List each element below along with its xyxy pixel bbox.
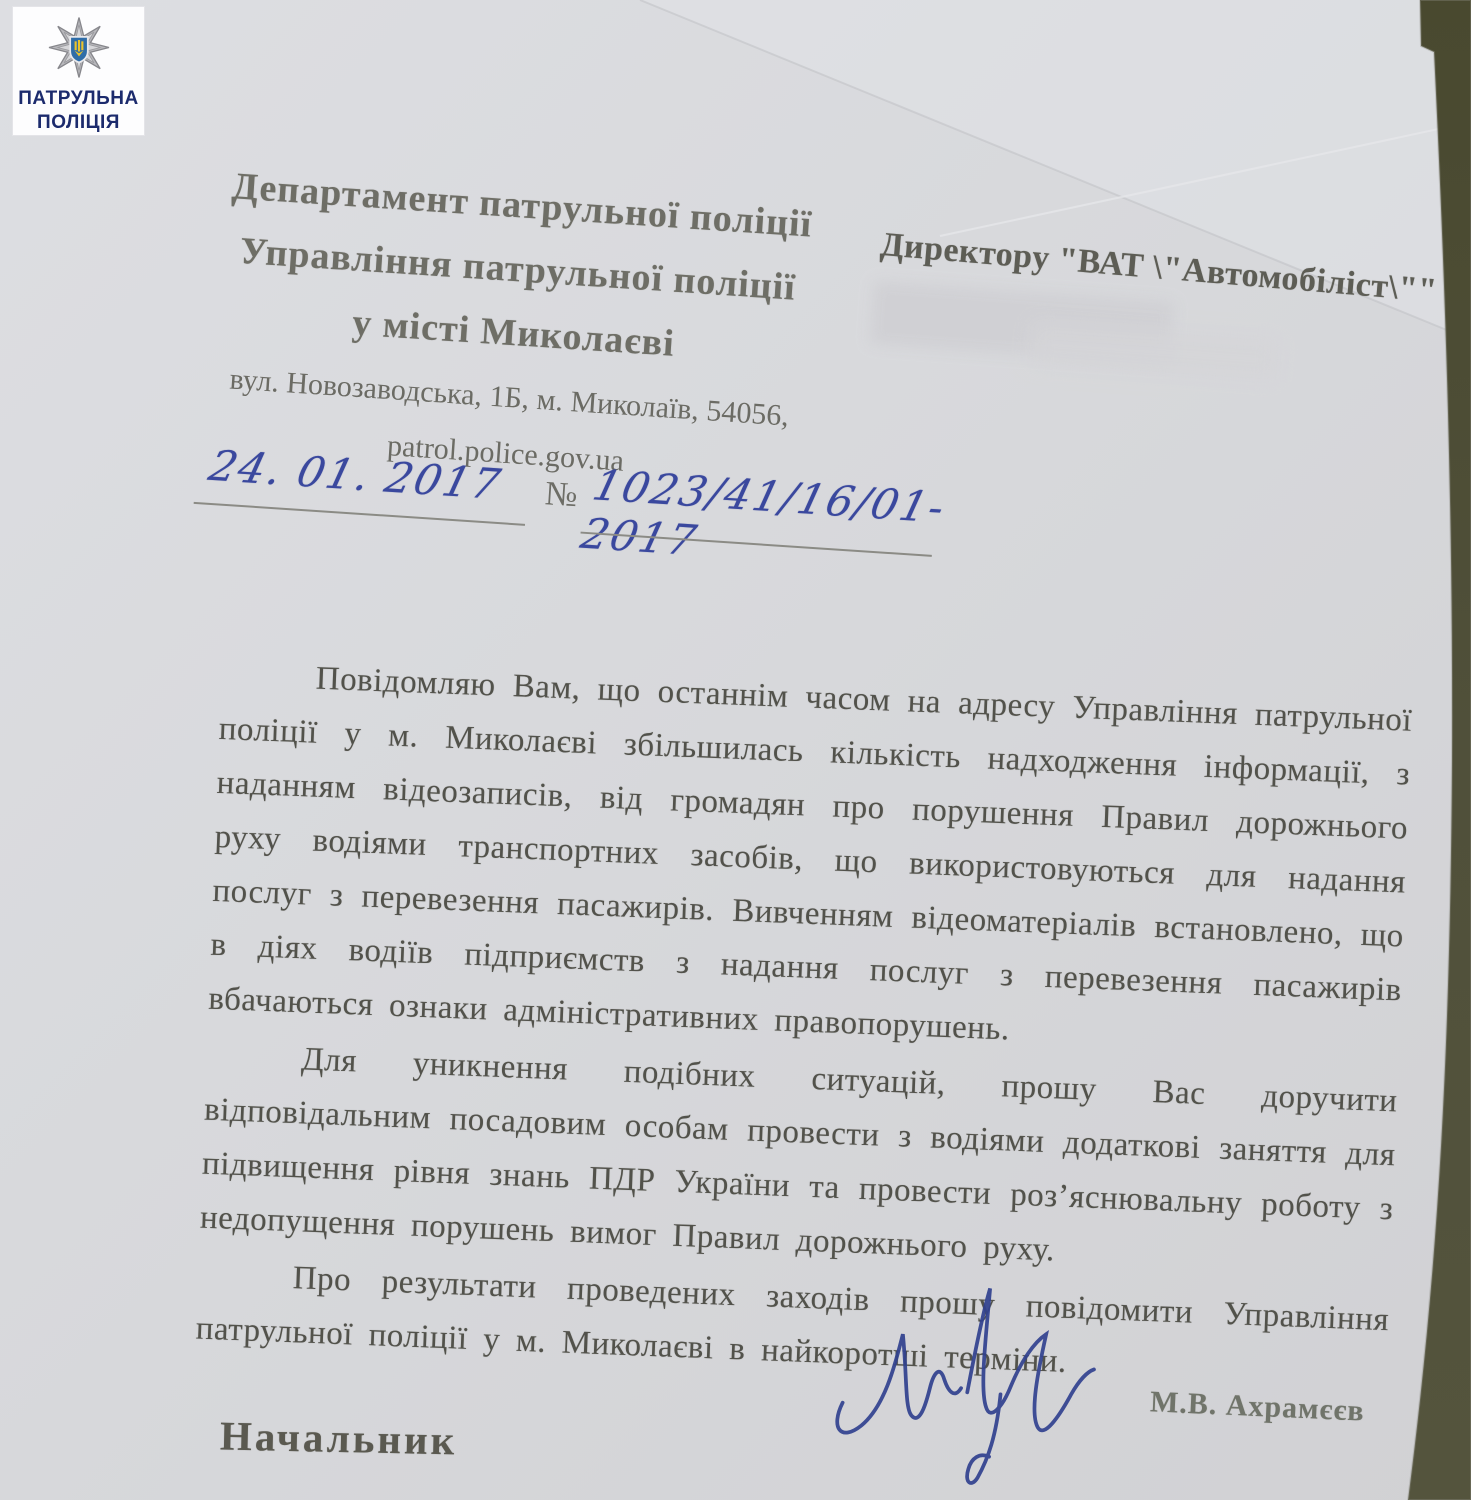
police-star-badge-icon bbox=[44, 14, 114, 81]
letter-body: Повідомляю Вам, що останнім часом на адр… bbox=[195, 648, 1413, 1404]
handwritten-signature-icon bbox=[826, 1280, 1148, 1488]
paragraph-2: Для уникнення подібних ситуацій, прошу В… bbox=[199, 1029, 1398, 1291]
paragraph-1: Повідомляю Вам, що останнім часом на адр… bbox=[207, 648, 1413, 1071]
document-photo: ПАТРУЛЬНА ПОЛІЦІЯ Департамент патрульної… bbox=[0, 0, 1471, 1500]
logo-line2: ПОЛІЦІЯ bbox=[18, 111, 139, 135]
patrol-police-logo: ПАТРУЛЬНА ПОЛІЦІЯ bbox=[12, 6, 145, 136]
logo-line1: ПАТРУЛЬНА bbox=[18, 87, 139, 111]
redaction-blur-2 bbox=[1029, 321, 1281, 382]
reference-row: 24. 01. 2017 № 1023/41/16/01-2017 bbox=[191, 438, 1016, 602]
number-sign-label: № bbox=[544, 475, 579, 515]
signee-title: Начальник bbox=[220, 1412, 458, 1465]
letter-content: ПАТРУЛЬНА ПОЛІЦІЯ Департамент патрульної… bbox=[0, 0, 1471, 1500]
handwritten-number: 1023/41/16/01-2017 bbox=[576, 461, 1025, 586]
